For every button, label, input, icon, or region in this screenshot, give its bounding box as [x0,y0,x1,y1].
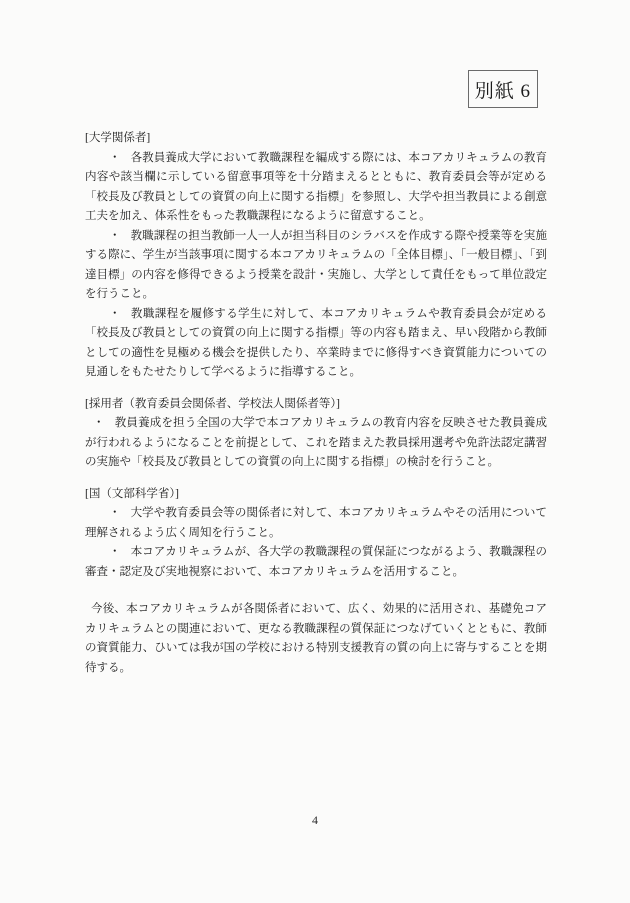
bullet-marker: ・ [109,152,121,164]
section-header: [国（文部科学省）] [85,485,547,505]
bullet-marker: ・ [109,546,121,558]
section-header: [採用者（教育委員会関係者、学校法人関係者等）] [85,395,547,415]
section-header: [大学関係者] [85,129,547,149]
bullet-item: ・教員養成を担う全国の大学で本コアカリキュラムの教育内容を反映させた教員養成が行… [85,414,547,473]
attachment-label-box: 別紙 6 [468,70,538,108]
bullet-item: ・教職課程を履修する学生に対して、本コアカリキュラムや教育委員会が定める「校長及… [85,305,547,383]
bullet-marker: ・ [109,230,121,242]
bullet-item: ・大学や教育委員会等の関係者に対して、本コアカリキュラムやその活用について理解さ… [85,504,547,543]
bullet-item: ・教職課程の担当教師一人一人が担当科目のシラバスを作成する際や授業等を実施する際… [85,227,547,305]
bullet-marker: ・ [109,308,121,320]
bullet-marker: ・ [93,417,105,429]
document-page: 別紙 6 [大学関係者] ・各教員養成大学において教職課程を編成する際には、本コ… [0,0,630,903]
document-content: [大学関係者] ・各教員養成大学において教職課程を編成する際には、本コアカリキュ… [85,129,547,678]
bullet-item: ・本コアカリキュラムが、各大学の教職課程の質保証につながるよう、教職課程の審査・… [85,543,547,582]
bullet-text: 教員養成を担う全国の大学で本コアカリキュラムの教育内容を反映させた教員養成が行わ… [85,417,547,468]
bullet-marker: ・ [109,507,121,519]
page-number: 4 [0,813,630,828]
bullet-text: 各教員養成大学において教職課程を編成する際には、本コアカリキュラムの教育内容や該… [85,152,547,223]
bullet-text: 教職課程を履修する学生に対して、本コアカリキュラムや教育委員会が定める「校長及び… [85,308,547,379]
attachment-label: 別紙 6 [475,76,531,103]
bullet-text: 本コアカリキュラムが、各大学の教職課程の質保証につながるよう、教職課程の審査・認… [85,546,547,578]
bullet-item: ・各教員養成大学において教職課程を編成する際には、本コアカリキュラムの教育内容や… [85,149,547,227]
bullet-text: 教職課程の担当教師一人一人が担当科目のシラバスを作成する際や授業等を実施する際に… [85,230,547,301]
bullet-text: 大学や教育委員会等の関係者に対して、本コアカリキュラムやその活用について理解され… [85,507,547,539]
closing-paragraph: 今後、本コアカリキュラムが各関係者において、広く、効果的に活用され、基礎免コアカ… [85,600,547,678]
section-university: [大学関係者] ・各教員養成大学において教職課程を編成する際には、本コアカリキュ… [85,129,547,383]
section-national-government: [国（文部科学省）] ・大学や教育委員会等の関係者に対して、本コアカリキュラムや… [85,485,547,583]
section-employers: [採用者（教育委員会関係者、学校法人関係者等）] ・教員養成を担う全国の大学で本… [85,395,547,473]
